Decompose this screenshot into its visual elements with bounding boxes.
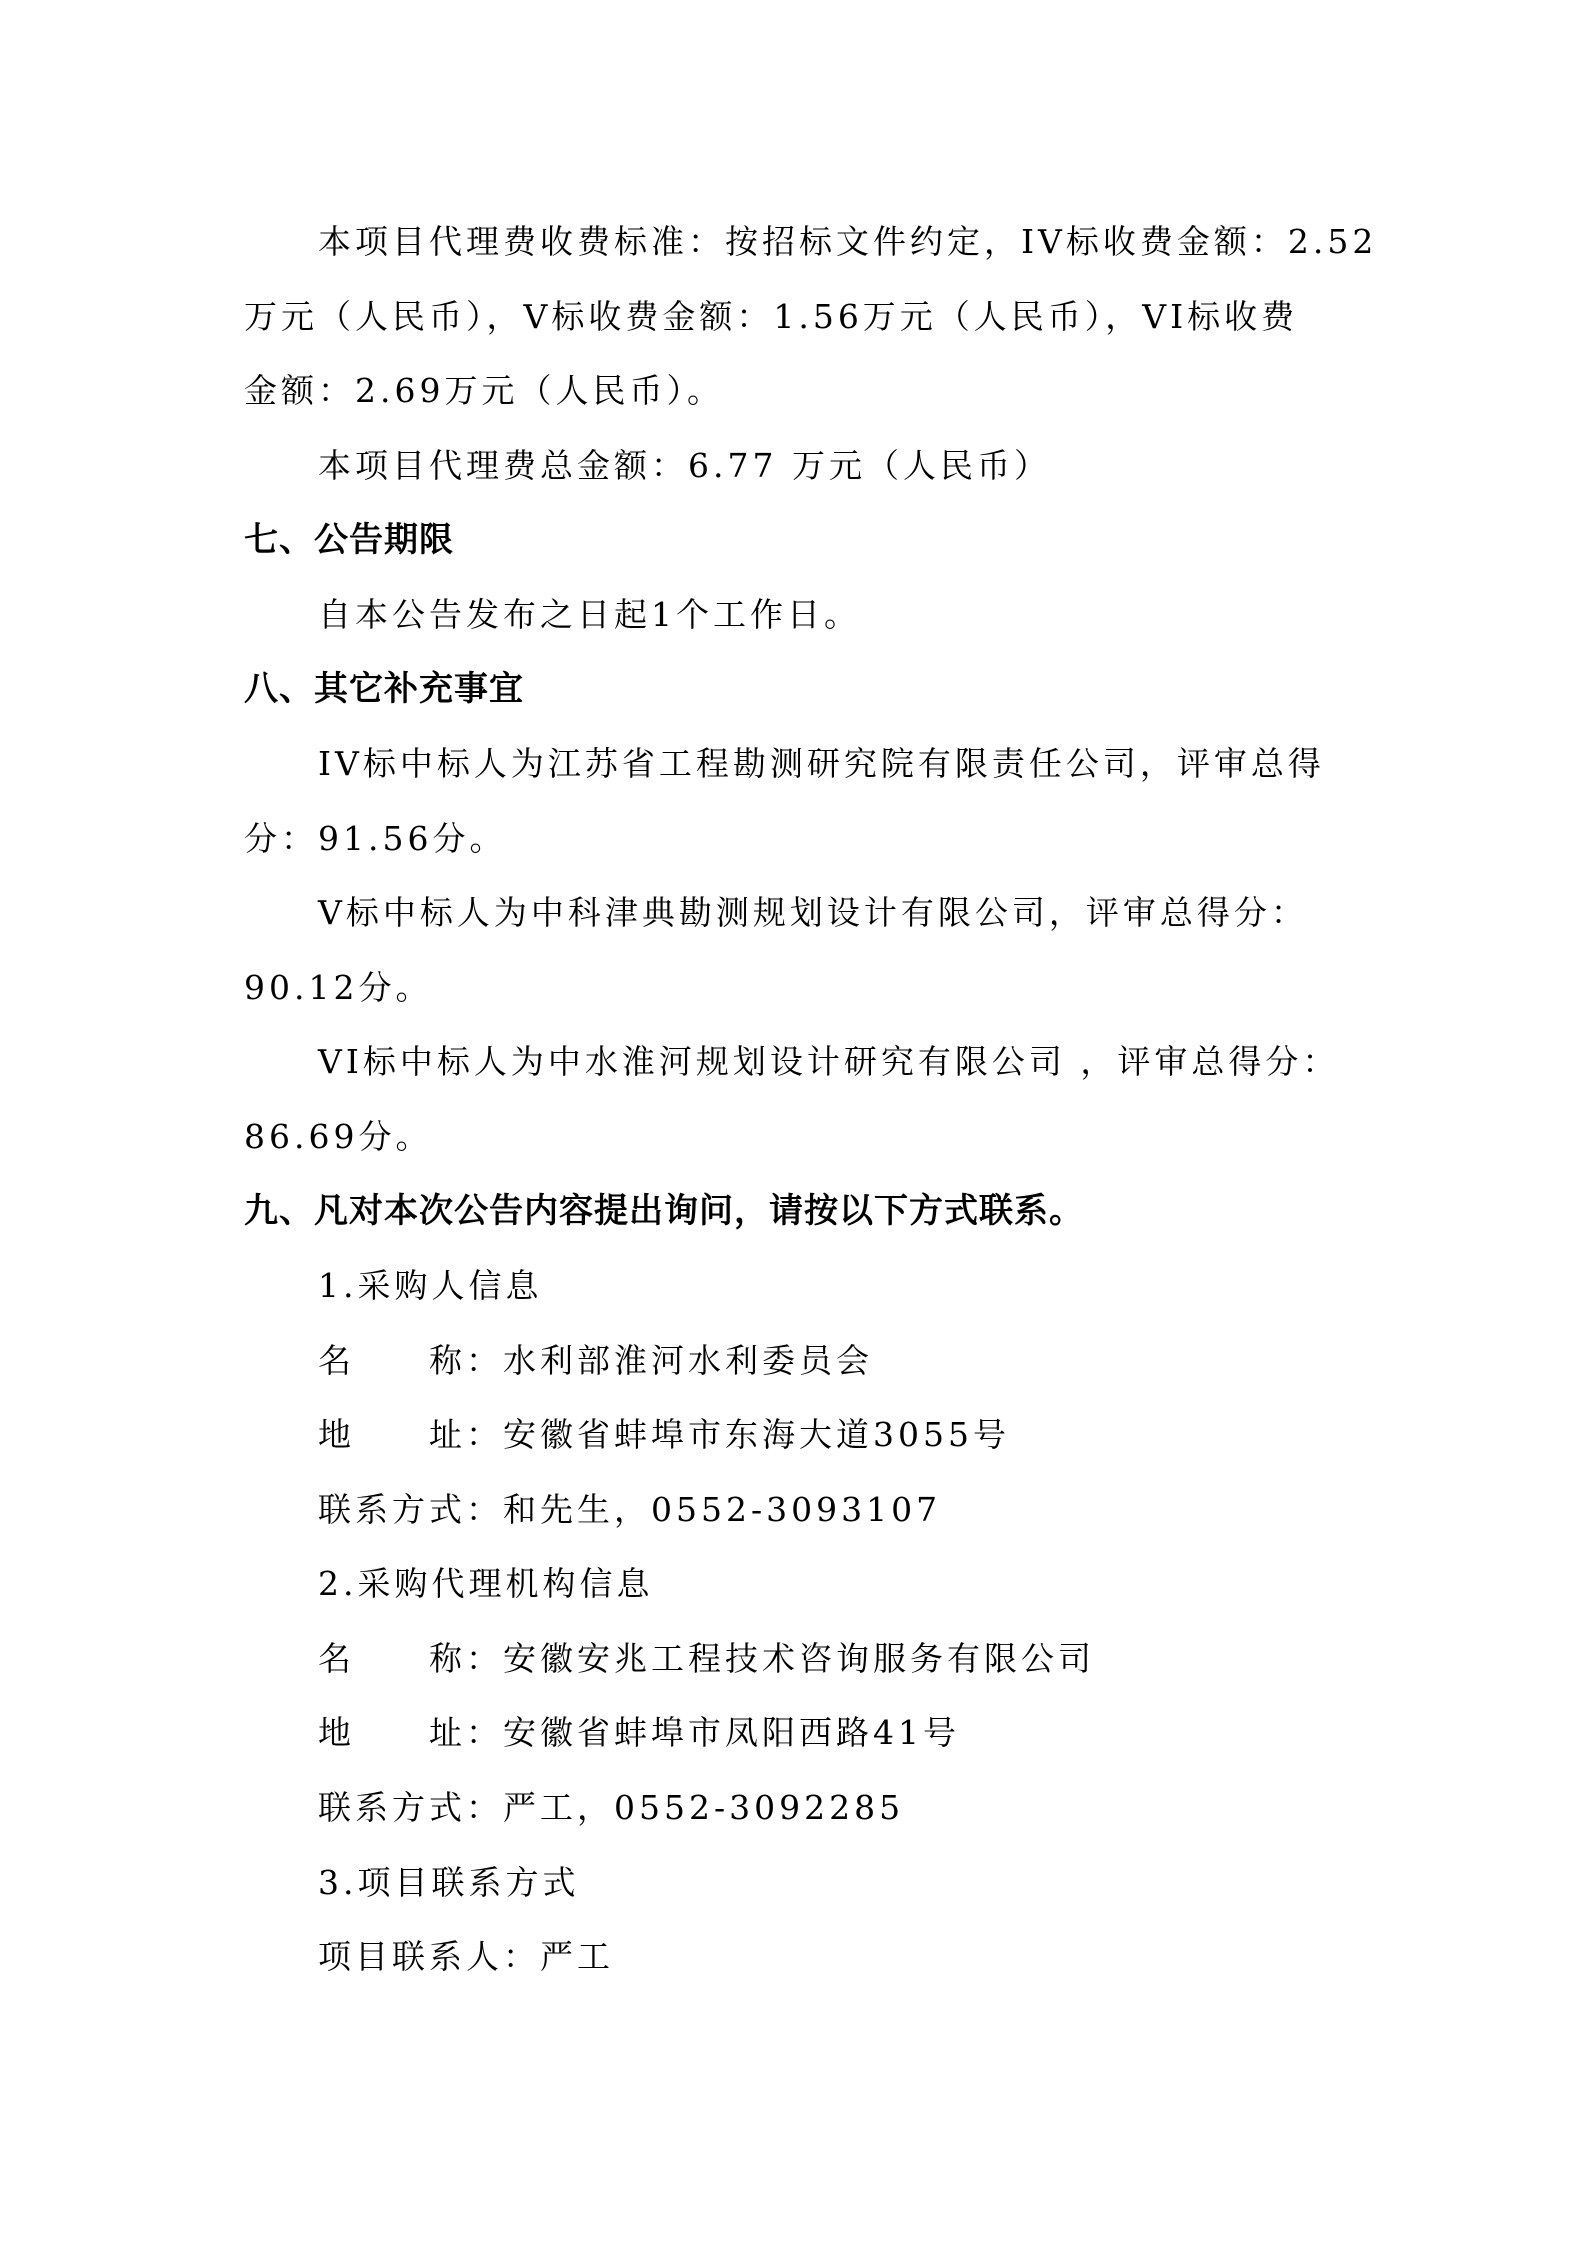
- purchaser-contact-label: 联系方式：: [318, 1490, 503, 1529]
- agency-address-value: 安徽省蚌埠市凤阳西路41号: [503, 1713, 960, 1752]
- agency-name-value: 安徽安兆工程技术咨询服务有限公司: [503, 1639, 1095, 1678]
- purchaser-address-value: 安徽省蚌埠市东海大道3055号: [503, 1415, 1010, 1454]
- agency-name-label: 名 称：: [318, 1639, 503, 1678]
- lot-4-winner-line-2: 分：91.56分。: [244, 802, 1348, 876]
- agency-info-title: 2.采购代理机构信息: [318, 1547, 1348, 1621]
- agency-contact-label: 联系方式：: [318, 1788, 503, 1827]
- fee-standard-line-1: 本项目代理费收费标准：按招标文件约定，IV标收费金额：2.52: [318, 205, 1348, 279]
- project-contact-title: 3.项目联系方式: [318, 1846, 1348, 1920]
- announcement-period-text: 自本公告发布之日起1个工作日。: [318, 578, 1348, 652]
- agency-address-row: 地 址：安徽省蚌埠市凤阳西路41号: [318, 1696, 1348, 1770]
- lot-4-winner-line-1: IV标中标人为江苏省工程勘测研究院有限责任公司，评审总得: [318, 727, 1348, 801]
- agency-contact-value: 严工，0552-3092285: [503, 1788, 904, 1827]
- section-7-heading: 七、公告期限: [244, 503, 1348, 577]
- lot-6-winner-line-1: VI标中标人为中水淮河规划设计研究有限公司 ，评审总得分：: [318, 1025, 1348, 1099]
- agency-contact-row: 联系方式：严工，0552-3092285: [318, 1771, 1348, 1845]
- fee-standard-line-2: 万元（人民币），V标收费金额：1.56万元（人民币），VI标收费: [244, 280, 1348, 354]
- fee-standard-line-3: 金额：2.69万元（人民币）。: [244, 354, 1348, 428]
- purchaser-name-row: 名 称：水利部淮河水利委员会: [318, 1324, 1348, 1398]
- project-contact-person-label: 项目联系人：: [318, 1937, 540, 1976]
- purchaser-contact-value: 和先生，0552-3093107: [503, 1490, 941, 1529]
- purchaser-contact-row: 联系方式：和先生，0552-3093107: [318, 1473, 1348, 1547]
- document-page: 本项目代理费收费标准：按招标文件约定，IV标收费金额：2.52 万元（人民币），…: [0, 0, 1587, 2245]
- lot-5-winner-line-1: V标中标人为中科津典勘测规划设计有限公司，评审总得分：: [318, 876, 1348, 950]
- lot-5-winner-line-2: 90.12分。: [244, 951, 1348, 1025]
- purchaser-name-label: 名 称：: [318, 1341, 503, 1380]
- purchaser-address-label: 地 址：: [318, 1415, 503, 1454]
- fee-total: 本项目代理费总金额：6.77 万元（人民币）: [318, 429, 1348, 503]
- purchaser-info-title: 1.采购人信息: [318, 1249, 1348, 1323]
- section-8-heading: 八、其它补充事宜: [244, 652, 1348, 726]
- lot-6-winner-line-2: 86.69分。: [244, 1100, 1348, 1174]
- project-contact-person-row: 项目联系人：严工: [318, 1920, 1348, 1994]
- purchaser-name-value: 水利部淮河水利委员会: [503, 1341, 873, 1380]
- project-contact-person-value: 严工: [540, 1937, 614, 1976]
- section-9-heading: 九、凡对本次公告内容提出询问，请按以下方式联系。: [244, 1174, 1348, 1248]
- agency-address-label: 地 址：: [318, 1713, 503, 1752]
- purchaser-address-row: 地 址：安徽省蚌埠市东海大道3055号: [318, 1398, 1348, 1472]
- agency-name-row: 名 称：安徽安兆工程技术咨询服务有限公司: [318, 1622, 1348, 1696]
